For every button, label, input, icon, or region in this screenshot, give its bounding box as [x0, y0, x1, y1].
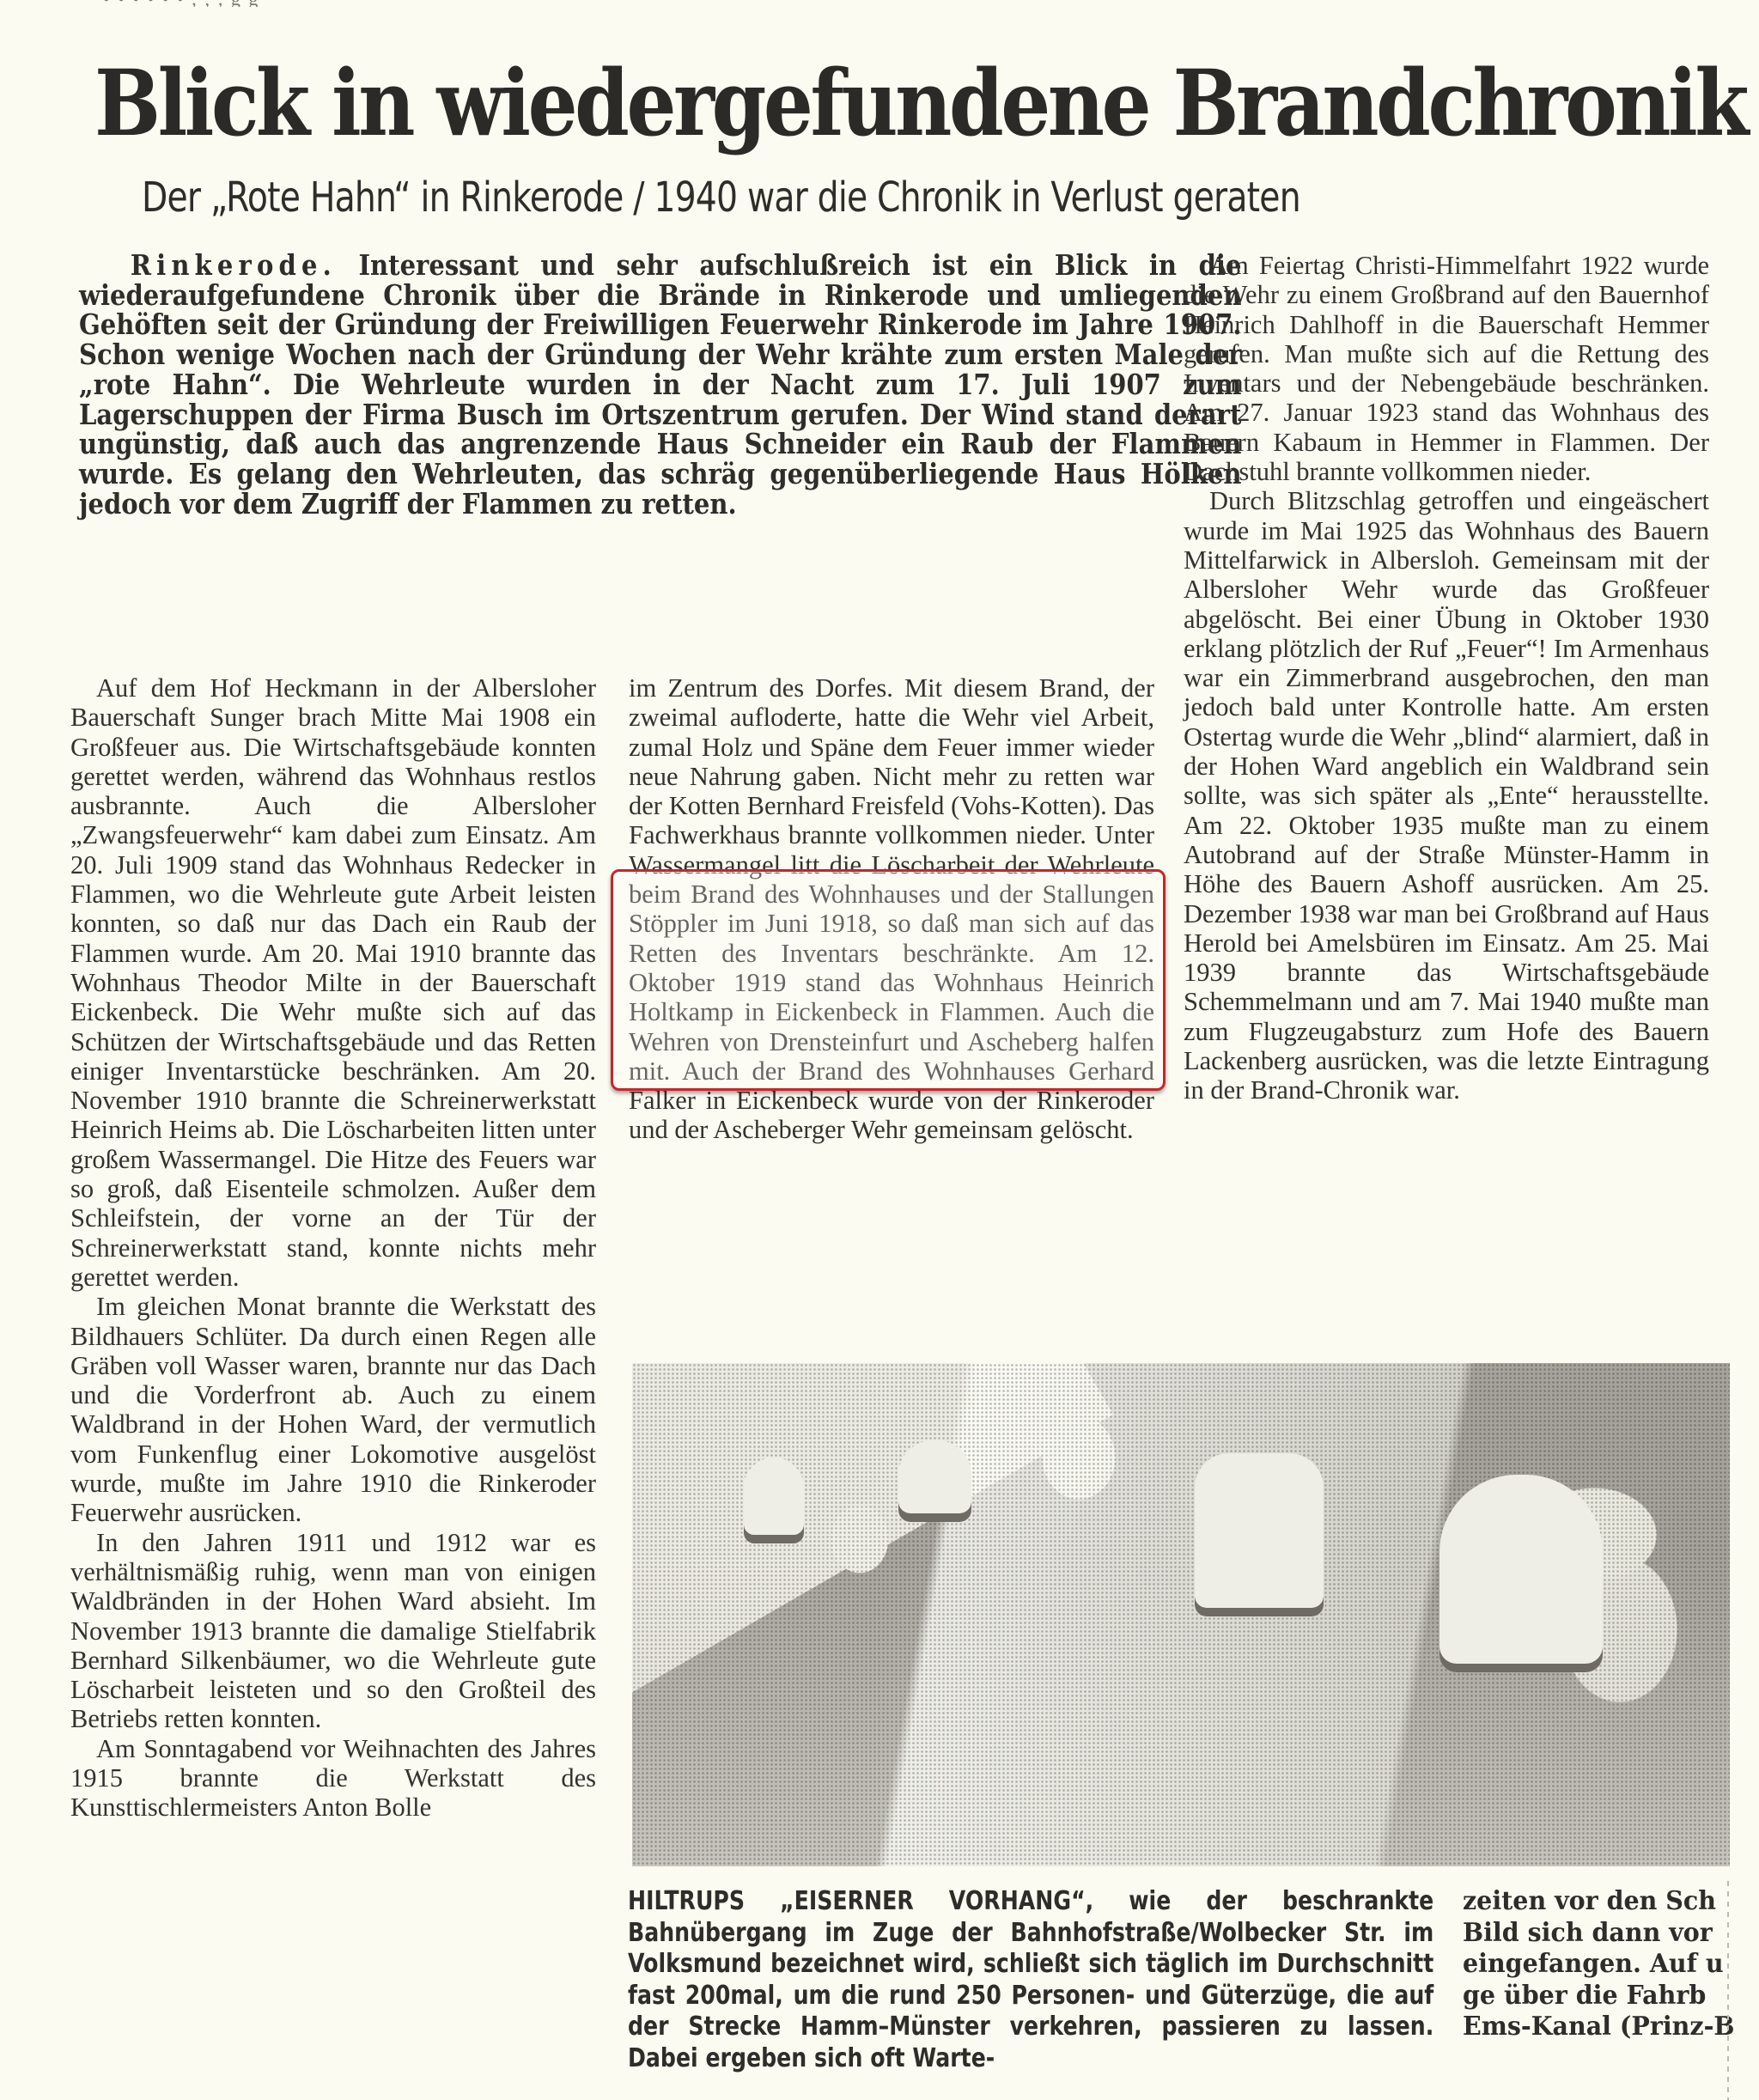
caption-line: ge über die Fahrb — [1463, 1981, 1740, 2012]
column-right: Am Feiertag Christi-Himmelfahrt 1922 wur… — [1184, 251, 1709, 1105]
lead-paragraph: Rinkerode. Interessant und sehr aufschlu… — [79, 251, 1241, 519]
car-shape — [898, 1440, 971, 1522]
column-left: Auf dem Hof Heckmann in der Albersloher … — [70, 673, 596, 1823]
car-shape — [1195, 1453, 1324, 1616]
paragraph: Im gleichen Monat brannte die Werkstatt … — [70, 1292, 596, 1527]
caption-line: zeiten vor den Sch — [1463, 1886, 1740, 1918]
photo-caption-continuation: zeiten vor den Sch Bild sich dann vor ei… — [1463, 1886, 1755, 2058]
dateline: Rinkerode. — [131, 248, 337, 282]
paragraph: Am Sonntagabend vor Weihnachten des Jahr… — [70, 1734, 596, 1823]
subheadline: Der „Rote Hahn“ in Rinkerode / 1940 war … — [142, 172, 1480, 223]
paragraph: In den Jahren 1911 und 1912 war es verhä… — [70, 1528, 596, 1734]
car-shape — [1439, 1475, 1603, 1672]
railway-crossing-photo — [632, 1363, 1730, 1866]
paragraph: Durch Blitzschlag getroffen und eingeäsc… — [1184, 486, 1709, 1105]
photo-caption: HILTRUPS „EISERNER VORHANG“, wie der bes… — [628, 1886, 1433, 2074]
paragraph: Am Feiertag Christi-Himmelfahrt 1922 wur… — [1184, 251, 1709, 486]
caption-line: Ems-Kanal (Prinz-B — [1463, 2012, 1740, 2043]
clipping-edge-divider — [1727, 1881, 1729, 2100]
cut-off-previous-article-text: • • • • • • , ; , g g — [103, 0, 1735, 7]
paragraph: im Zentrum des Dorfes. Mit diesem Brand,… — [629, 673, 1154, 1145]
headline: Blick in wiedergefundene Brandchronik — [94, 47, 1453, 159]
caption-line: eingefangen. Auf u — [1463, 1949, 1740, 1981]
column-middle: im Zentrum des Dorfes. Mit diesem Brand,… — [629, 673, 1154, 1145]
lead-text: Interessant und sehr aufschlußreich ist … — [79, 248, 1241, 520]
caption-line: Bild sich dann vor — [1463, 1918, 1740, 1950]
paragraph: Auf dem Hof Heckmann in der Albersloher … — [70, 673, 596, 1292]
car-shape — [744, 1458, 804, 1543]
